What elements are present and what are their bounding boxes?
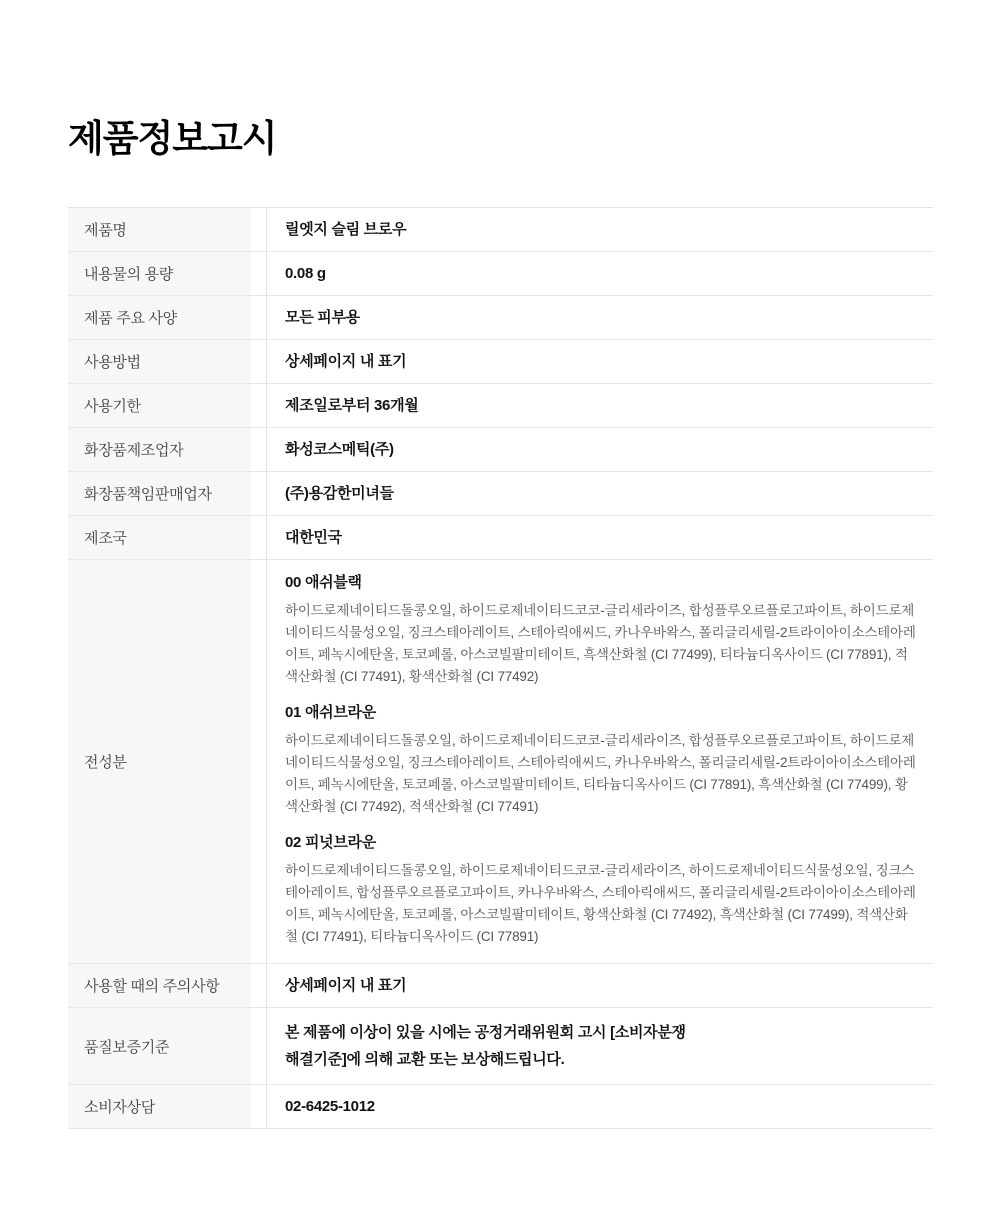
row-label: 제품 주요 사양 (68, 296, 251, 339)
table-row-precautions: 사용할 때의 주의사항 상세페이지 내 표기 (68, 964, 933, 1008)
row-value: 상세페이지 내 표기 (266, 340, 933, 383)
row-value: 상세페이지 내 표기 (266, 964, 933, 1007)
row-value: 02-6425-1012 (266, 1085, 933, 1128)
column-gap (251, 1008, 266, 1084)
table-row-customer-service: 소비자상담 02-6425-1012 (68, 1085, 933, 1129)
table-row-seller: 화장품책임판매업자 (주)용감한미녀들 (68, 472, 933, 516)
column-gap (251, 1085, 266, 1128)
shade-ingredients: 하이드로제네이티드돌콩오일, 하이드로제네이티드코코-글리세라이즈, 하이드로제… (285, 860, 919, 948)
table-row-content-volume: 내용물의 용량 0.08 g (68, 252, 933, 296)
row-value: 0.08 g (266, 252, 933, 295)
shade-name: 01 애쉬브라운 (285, 703, 919, 723)
column-gap (251, 208, 266, 251)
table-row-country: 제조국 대한민국 (68, 516, 933, 560)
table-row-expiration: 사용기한 제조일로부터 36개월 (68, 384, 933, 428)
row-label: 제품명 (68, 208, 251, 251)
row-value: 화성코스메틱(주) (266, 428, 933, 471)
column-gap (251, 516, 266, 559)
shade-ingredients: 하이드로제네이티드돌콩오일, 하이드로제네이티드코코-글리세라이즈, 합성플루오… (285, 600, 919, 688)
column-gap (251, 964, 266, 1007)
row-value: 모든 피부용 (266, 296, 933, 339)
row-label: 사용방법 (68, 340, 251, 383)
column-gap (251, 340, 266, 383)
row-value: (주)용감한미녀들 (266, 472, 933, 515)
table-row-usage: 사용방법 상세페이지 내 표기 (68, 340, 933, 384)
row-value: 본 제품에 이상이 있을 시에는 공정거래위원회 고시 [소비자분쟁 해결기준]… (266, 1008, 933, 1084)
row-label: 사용할 때의 주의사항 (68, 964, 251, 1007)
row-label: 제조국 (68, 516, 251, 559)
product-info-page: 제품정보고시 제품명 릴엣지 슬림 브로우 내용물의 용량 0.08 g 제품 … (0, 0, 1000, 1210)
row-value: 릴엣지 슬림 브로우 (266, 208, 933, 251)
table-row-ingredients: 전성분 00 애쉬블랙 하이드로제네이티드돌콩오일, 하이드로제네이티드코코-글… (68, 560, 933, 964)
column-gap (251, 384, 266, 427)
column-gap (251, 252, 266, 295)
row-label: 전성분 (68, 560, 251, 963)
row-label: 내용물의 용량 (68, 252, 251, 295)
column-gap (251, 560, 266, 963)
shade-name: 02 피넛브라운 (285, 833, 919, 853)
row-value: 대한민국 (266, 516, 933, 559)
row-label: 화장품제조업자 (68, 428, 251, 471)
table-row-quality-guarantee: 품질보증기준 본 제품에 이상이 있을 시에는 공정거래위원회 고시 [소비자분… (68, 1008, 933, 1085)
table-row-manufacturer: 화장품제조업자 화성코스메틱(주) (68, 428, 933, 472)
column-gap (251, 428, 266, 471)
page-title: 제품정보고시 (68, 0, 933, 161)
column-gap (251, 472, 266, 515)
row-value: 제조일로부터 36개월 (266, 384, 933, 427)
product-info-table: 제품명 릴엣지 슬림 브로우 내용물의 용량 0.08 g 제품 주요 사양 모… (68, 207, 933, 1129)
shade-ingredients: 하이드로제네이티드돌콩오일, 하이드로제네이티드코코-글리세라이즈, 합성플루오… (285, 730, 919, 818)
row-label: 품질보증기준 (68, 1008, 251, 1084)
table-row-product-name: 제품명 릴엣지 슬림 브로우 (68, 208, 933, 252)
table-row-main-spec: 제품 주요 사양 모든 피부용 (68, 296, 933, 340)
row-label: 화장품책임판매업자 (68, 472, 251, 515)
shade-name: 00 애쉬블랙 (285, 573, 919, 593)
ingredients-value: 00 애쉬블랙 하이드로제네이티드돌콩오일, 하이드로제네이티드코코-글리세라이… (266, 560, 933, 963)
column-gap (251, 296, 266, 339)
row-label: 사용기한 (68, 384, 251, 427)
row-label: 소비자상담 (68, 1085, 251, 1128)
